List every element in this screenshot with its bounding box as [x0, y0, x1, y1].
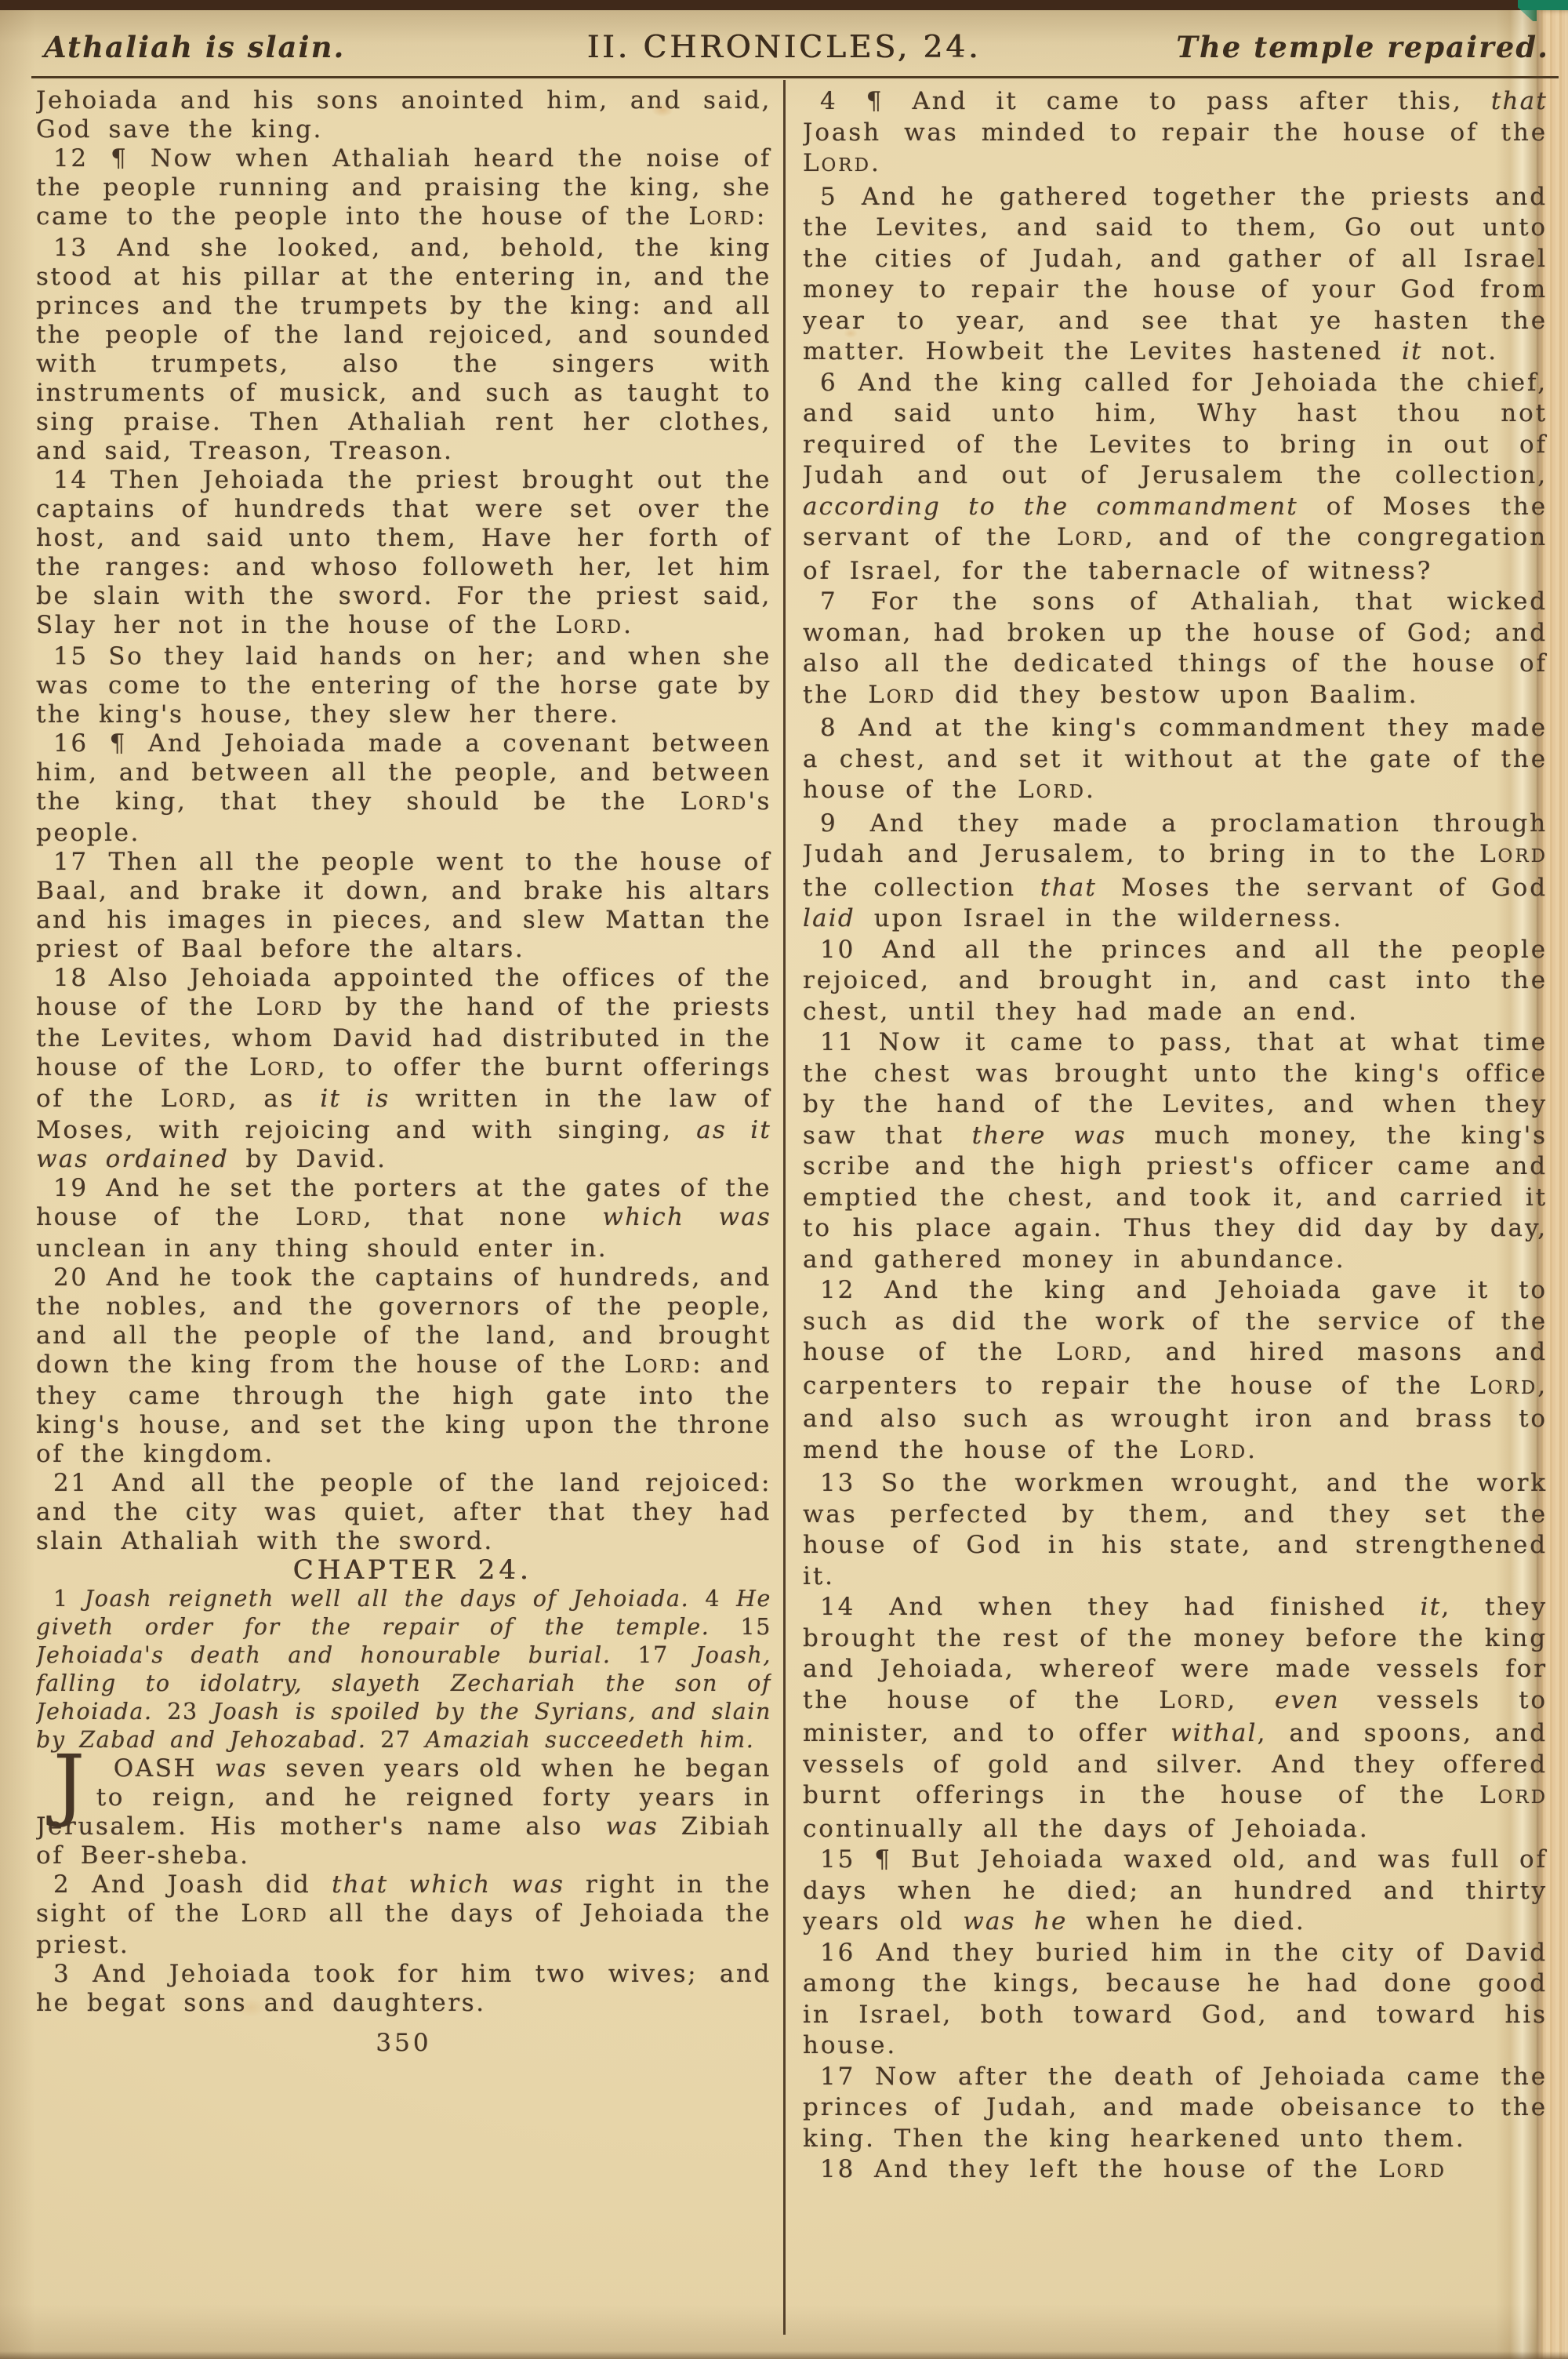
left-column: Jehoiada and his sons anointed him, and …	[36, 86, 771, 2082]
page-number: 350	[36, 2029, 771, 2058]
bottom-page-shadow	[0, 2351, 1568, 2359]
verse-24-4: 4 ¶ And it came to pass after this, that…	[803, 86, 1548, 182]
verse-23-21: 21 And all the people of the land rejoic…	[36, 1469, 771, 1556]
book-page: Athaliah is slain. II. CHRONICLES, 24. T…	[0, 0, 1568, 2359]
chapter-summary: 1 Joash reigneth well all the days of Je…	[36, 1585, 771, 1754]
verse-23-15: 15 So they laid hands on her; and when s…	[36, 642, 771, 729]
verse-24-1: JOASH was seven years old when he began …	[36, 1754, 771, 1870]
verse-24-1-text: OASH was seven years old when he began t…	[36, 1754, 771, 1870]
verse-23-18: 18 Also Jehoiada appointed the offices o…	[36, 964, 771, 1174]
verse-24-6: 6 And the king called for Jehoiada the c…	[803, 368, 1548, 587]
verse-23-13: 13 And she looked, and, behold, the king…	[36, 234, 771, 466]
verse-23-20: 20 And he took the captains of hundreds,…	[36, 1263, 771, 1469]
verse-24-13: 13 So the workmen wrought, and the work …	[803, 1468, 1548, 1592]
verse-24-17: 17 Now after the death of Jehoiada came …	[803, 2062, 1548, 2155]
running-head-right: The temple repaired.	[1176, 30, 1549, 64]
verse-23-14: 14 Then Jehoiada the priest brought out …	[36, 466, 771, 642]
verse-24-18: 18 And they left the house of the LORD	[803, 2154, 1548, 2188]
header-rule	[31, 76, 1559, 78]
verse-23-12: 12 ¶ Now when Athaliah heard the noise o…	[36, 144, 771, 234]
drop-cap-letter: J	[36, 1754, 96, 1812]
verse-24-15: 15 ¶ But Jehoiada waxed old, and was ful…	[803, 1845, 1548, 1938]
verse-24-12: 12 And the king and Jehoiada gave it to …	[803, 1275, 1548, 1468]
verse-23-19: 19 And he set the porters at the gates o…	[36, 1174, 771, 1263]
column-divider-rule	[783, 80, 786, 2335]
verse-24-5: 5 And he gathered together the priests a…	[803, 182, 1548, 368]
verse-24-3: 3 And Jehoiada took for him two wives; a…	[36, 1960, 771, 2018]
right-column: 4 ¶ And it came to pass after this, that…	[803, 86, 1548, 2188]
verse-23-17: 17 Then all the people went to the house…	[36, 848, 771, 964]
verse-24-14: 14 And when they had finished it, they b…	[803, 1592, 1548, 1845]
verse-23-16: 16 ¶ And Jehoiada made a covenant betwee…	[36, 729, 771, 848]
verse-24-9: 9 And they made a proclamation through J…	[803, 809, 1548, 935]
chapter-heading: CHAPTER 24.	[36, 1556, 771, 1585]
verse-24-2: 2 And Joash did that which was right in …	[36, 1870, 771, 1960]
verse-continuation: Jehoiada and his sons anointed him, and …	[36, 86, 771, 144]
book-binding-edge	[0, 0, 1568, 10]
verse-24-10: 10 And all the princes and all the peopl…	[803, 935, 1548, 1028]
verse-24-8: 8 And at the king's commandment they mad…	[803, 713, 1548, 809]
verse-24-7: 7 For the sons of Athaliah, that wicked …	[803, 587, 1548, 713]
verse-24-16: 16 And they buried him in the city of Da…	[803, 1938, 1548, 2062]
verse-24-11: 11 Now it came to pass, that at what tim…	[803, 1027, 1548, 1275]
